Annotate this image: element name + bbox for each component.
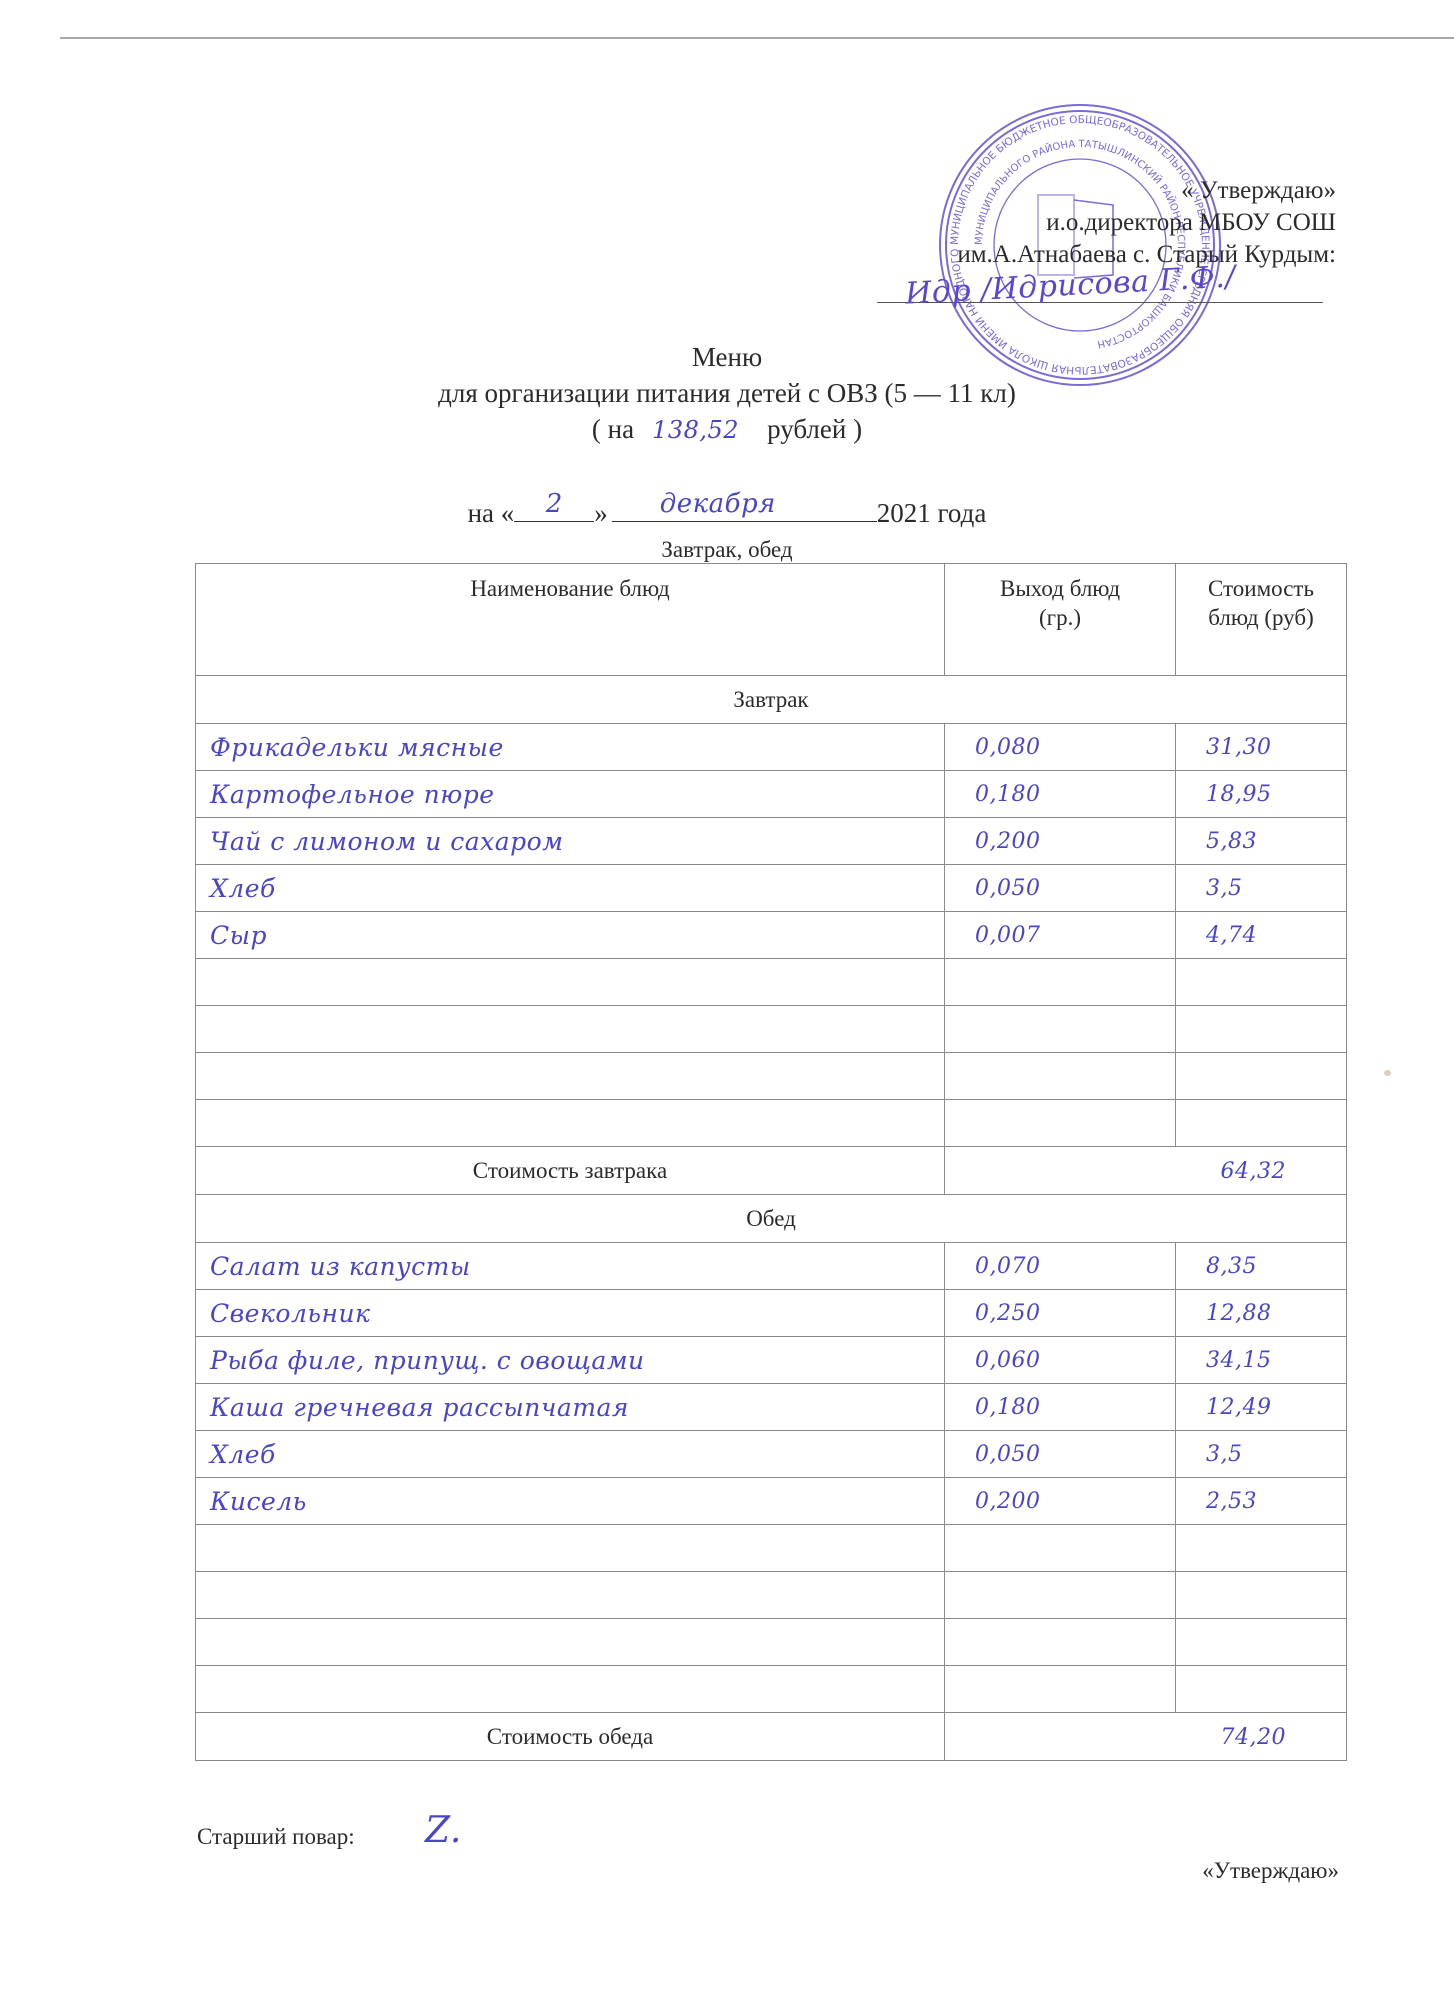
section-label: Обед (196, 1195, 1347, 1243)
section-row-breakfast: Завтрак (196, 676, 1347, 724)
table-row: Чай с лимоном и сахаром 0,200 5,83 (196, 818, 1347, 865)
dish-yield-cell (945, 1053, 1176, 1100)
dish-cost-cell (1176, 1572, 1347, 1619)
dish-name: Салат из капусты (196, 1252, 471, 1281)
dish-name-cell: Салат из капусты (196, 1243, 945, 1290)
dish-cost-cell: 4,74 (1176, 912, 1347, 959)
dish-cost (1176, 1583, 1206, 1608)
dish-name-cell (196, 1100, 945, 1147)
dish-name: Каша гречневая рассыпчатая (196, 1393, 629, 1422)
column-header-dish: Наименование блюд (196, 564, 945, 676)
table-row: Каша гречневая рассыпчатая 0,180 12,49 (196, 1384, 1347, 1431)
dish-yield (945, 1064, 975, 1089)
table-row (196, 959, 1347, 1006)
table-row (196, 1053, 1347, 1100)
dish-yield-cell: 0,070 (945, 1243, 1176, 1290)
dish-yield-cell (945, 1572, 1176, 1619)
dish-cost: 12,49 (1176, 1395, 1271, 1420)
dish-yield: 0,007 (945, 923, 1040, 948)
dish-yield-cell: 0,080 (945, 724, 1176, 771)
dish-yield: 0,050 (945, 1442, 1040, 1467)
table-row (196, 1666, 1347, 1713)
table-row: Салат из капусты 0,070 8,35 (196, 1243, 1347, 1290)
dish-name: Сыр (196, 921, 267, 950)
dish-yield-cell: 0,200 (945, 1478, 1176, 1525)
approval-title: « Утверждаю» (957, 175, 1336, 207)
dish-yield: 0,060 (945, 1348, 1040, 1373)
dish-yield (945, 1583, 975, 1608)
price-suffix: рублей ) (767, 414, 862, 444)
dish-cost-cell (1176, 1666, 1347, 1713)
dish-name (196, 1109, 210, 1138)
column-header-cost: Стоимость блюд (руб) (1176, 564, 1347, 676)
dish-name: Хлеб (196, 1440, 276, 1469)
dish-cost: 12,88 (1176, 1301, 1271, 1326)
date-month-field: декабря (612, 495, 877, 522)
date-day: 2 (546, 489, 563, 519)
dish-yield-cell: 0,180 (945, 1384, 1176, 1431)
dish-cost-cell: 2,53 (1176, 1478, 1347, 1525)
dish-cost-cell: 34,15 (1176, 1337, 1347, 1384)
dish-cost (1176, 1536, 1206, 1561)
table-row: Свекольник 0,250 12,88 (196, 1290, 1347, 1337)
dish-cost-cell: 3,5 (1176, 1431, 1347, 1478)
table-row: Рыба филе, припущ. с овощами 0,060 34,15 (196, 1337, 1347, 1384)
dish-cost (1176, 1017, 1206, 1042)
date-mid: » (594, 498, 608, 528)
table-row: Хлеб 0,050 3,5 (196, 865, 1347, 912)
table-row: Хлеб 0,050 3,5 (196, 1431, 1347, 1478)
dish-yield: 0,080 (945, 735, 1040, 760)
dish-cost (1176, 1630, 1206, 1655)
dish-cost: 4,74 (1176, 923, 1257, 948)
dish-name-cell: Чай с лимоном и сахаром (196, 818, 945, 865)
dish-name-cell (196, 1525, 945, 1572)
dish-cost-cell (1176, 1100, 1347, 1147)
table-row (196, 1006, 1347, 1053)
dish-name (196, 968, 210, 997)
dish-name (196, 1015, 210, 1044)
table-row: Фрикадельки мясные 0,080 31,30 (196, 724, 1347, 771)
dish-name-cell (196, 1572, 945, 1619)
dish-yield-cell: 0,180 (945, 771, 1176, 818)
document-subtitle: для организации питания детей с ОВЗ (5 —… (0, 378, 1454, 409)
dish-yield: 0,250 (945, 1301, 1040, 1326)
table-row: Кисель 0,200 2,53 (196, 1478, 1347, 1525)
scan-edge-line (60, 37, 1454, 39)
total-row-breakfast: Стоимость завтрака 64,32 (196, 1147, 1347, 1195)
dish-name: Чай с лимоном и сахаром (196, 827, 563, 856)
dish-yield-cell (945, 1666, 1176, 1713)
table-row: Сыр 0,007 4,74 (196, 912, 1347, 959)
dish-name-cell: Хлеб (196, 865, 945, 912)
total-row-lunch: Стоимость обеда 74,20 (196, 1713, 1347, 1761)
dish-cost-cell: 3,5 (1176, 865, 1347, 912)
date-prefix: на « (468, 498, 515, 528)
document-title: Меню (0, 342, 1454, 373)
footer-approval-label: «Утверждаю» (1202, 1858, 1339, 1884)
section-label: Завтрак (196, 676, 1347, 724)
dish-yield-cell (945, 1525, 1176, 1572)
dish-cost: 3,5 (1176, 876, 1243, 901)
dish-yield-cell: 0,060 (945, 1337, 1176, 1384)
dish-yield-cell: 0,250 (945, 1290, 1176, 1337)
dish-yield (945, 1111, 975, 1136)
dish-name (196, 1628, 210, 1657)
dish-yield: 0,050 (945, 876, 1040, 901)
table-row (196, 1525, 1347, 1572)
price-line: ( на138,52рублей ) (0, 414, 1454, 445)
dish-name (196, 1062, 210, 1091)
dish-cost (1176, 1111, 1206, 1136)
approval-position: и.о.директора МБОУ СОШ (957, 207, 1336, 239)
dish-cost-cell (1176, 1525, 1347, 1572)
meals-subheading: Завтрак, обед (0, 537, 1454, 563)
dish-cost: 34,15 (1176, 1348, 1271, 1373)
dish-yield-cell (945, 1619, 1176, 1666)
dish-name-cell: Каша гречневая рассыпчатая (196, 1384, 945, 1431)
date-line: на «2»декабря2021 года (0, 495, 1454, 529)
senior-cook-signature: Z. (425, 1810, 462, 1851)
dish-name-cell: Картофельное пюре (196, 771, 945, 818)
dish-name-cell: Кисель (196, 1478, 945, 1525)
dish-yield (945, 970, 975, 995)
dish-yield (945, 1677, 975, 1702)
table-row (196, 1100, 1347, 1147)
total-label: Стоимость обеда (196, 1713, 945, 1761)
dish-yield (945, 1630, 975, 1655)
dish-cost-cell: 8,35 (1176, 1243, 1347, 1290)
dish-yield-cell (945, 1100, 1176, 1147)
dish-yield: 0,180 (945, 782, 1040, 807)
dish-yield: 0,180 (945, 1395, 1040, 1420)
date-month: декабря (660, 489, 776, 519)
dish-yield-cell: 0,007 (945, 912, 1176, 959)
column-header-yield: Выход блюд (гр.) (945, 564, 1176, 676)
price-prefix: ( на (592, 414, 634, 444)
date-day-field: 2 (514, 495, 594, 522)
dish-name-cell (196, 1666, 945, 1713)
dish-cost-cell: 5,83 (1176, 818, 1347, 865)
dish-yield: 0,200 (945, 829, 1040, 854)
menu-table: Наименование блюд Выход блюд (гр.) Стоим… (195, 563, 1347, 1761)
dish-name-cell: Сыр (196, 912, 945, 959)
dish-name (196, 1534, 210, 1563)
dish-yield-cell: 0,050 (945, 1431, 1176, 1478)
dish-yield-cell (945, 959, 1176, 1006)
dish-cost: 5,83 (1176, 829, 1257, 854)
dish-cost-cell: 12,49 (1176, 1384, 1347, 1431)
dish-name (196, 1675, 210, 1704)
dish-yield (945, 1536, 975, 1561)
total-label: Стоимость завтрака (196, 1147, 945, 1195)
total-value: 74,20 (1221, 1725, 1286, 1750)
dish-name-cell (196, 1053, 945, 1100)
dish-yield (945, 1017, 975, 1042)
total-value: 64,32 (1221, 1159, 1286, 1184)
dish-cost (1176, 1064, 1206, 1089)
dish-cost-cell: 18,95 (1176, 771, 1347, 818)
dish-cost-cell: 12,88 (1176, 1290, 1347, 1337)
dish-yield: 0,200 (945, 1489, 1040, 1514)
price-value: 138,52 (652, 416, 739, 444)
senior-cook-label: Старший повар: (197, 1824, 355, 1850)
date-year: 2021 года (877, 498, 987, 528)
dish-cost: 18,95 (1176, 782, 1271, 807)
dish-yield: 0,070 (945, 1254, 1040, 1279)
dish-name-cell (196, 1619, 945, 1666)
dish-name: Фрикадельки мясные (196, 733, 504, 762)
table-row (196, 1572, 1347, 1619)
dish-name: Хлеб (196, 874, 276, 903)
approval-block: « Утверждаю» и.о.директора МБОУ СОШ им.А… (957, 175, 1336, 271)
dish-name-cell: Свекольник (196, 1290, 945, 1337)
dish-name-cell: Фрикадельки мясные (196, 724, 945, 771)
dish-name-cell (196, 959, 945, 1006)
dish-cost-cell (1176, 1053, 1347, 1100)
dish-name (196, 1581, 210, 1610)
dish-cost-cell (1176, 1006, 1347, 1053)
dish-yield-cell (945, 1006, 1176, 1053)
scan-speck (1384, 1070, 1391, 1076)
total-value-cell: 64,32 (945, 1147, 1347, 1195)
dish-cost (1176, 1677, 1206, 1702)
dish-cost-cell: 31,30 (1176, 724, 1347, 771)
dish-cost: 3,5 (1176, 1442, 1243, 1467)
dish-name: Рыба филе, припущ. с овощами (196, 1346, 645, 1375)
dish-cost: 2,53 (1176, 1489, 1257, 1514)
dish-cost (1176, 970, 1206, 995)
total-value-cell: 74,20 (945, 1713, 1347, 1761)
dish-cost: 8,35 (1176, 1254, 1257, 1279)
dish-yield-cell: 0,050 (945, 865, 1176, 912)
dish-name: Свекольник (196, 1299, 370, 1328)
dish-cost: 31,30 (1176, 735, 1271, 760)
dish-name-cell: Хлеб (196, 1431, 945, 1478)
dish-cost-cell (1176, 959, 1347, 1006)
dish-yield-cell: 0,200 (945, 818, 1176, 865)
dish-cost-cell (1176, 1619, 1347, 1666)
dish-name: Картофельное пюре (196, 780, 495, 809)
table-row (196, 1619, 1347, 1666)
dish-name: Кисель (196, 1487, 307, 1516)
section-row-lunch: Обед (196, 1195, 1347, 1243)
dish-name-cell: Рыба филе, припущ. с овощами (196, 1337, 945, 1384)
table-header-row: Наименование блюд Выход блюд (гр.) Стоим… (196, 564, 1347, 676)
table-row: Картофельное пюре 0,180 18,95 (196, 771, 1347, 818)
dish-name-cell (196, 1006, 945, 1053)
